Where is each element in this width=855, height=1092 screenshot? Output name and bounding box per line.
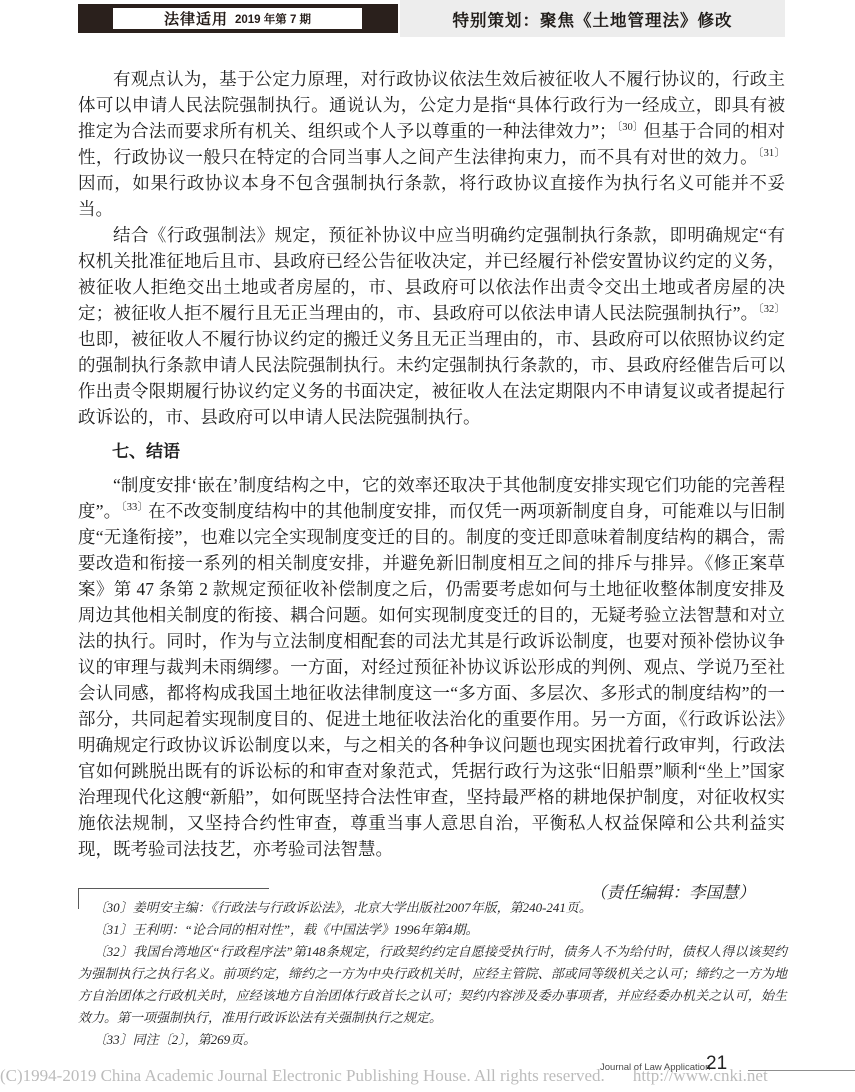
- footnote: 〔30〕姜明安主编：《行政法与行政诉讼法》，北京大学出版社2007年版，第240…: [78, 897, 787, 919]
- footnote: 〔32〕我国台湾地区“行政程序法”第148条规定，行政契约约定自愿接受执行时，债…: [78, 941, 787, 1029]
- footnote: 〔31〕王利明：“论合同的相对性”，载《中国法学》1996年第4期。: [78, 919, 787, 941]
- cnki-url: http://www.cnki.net: [633, 1066, 768, 1085]
- body-paragraph: 结合《行政强制法》规定，预征补协议中应当明确约定强制执行条款，即明确规定“有权机…: [78, 222, 785, 430]
- cnki-watermark: (C)1994-2019 China Academic Journal Elec…: [0, 1066, 855, 1086]
- footnote: 〔33〕同注〔2〕，第269页。: [78, 1029, 787, 1051]
- footnotes-section: 〔30〕姜明安主编：《行政法与行政诉讼法》，北京大学出版社2007年版，第240…: [78, 888, 787, 1051]
- body-paragraph: 有观点认为，基于公定力原理，对行政协议依法生效后被征收人不履行协议的，行政主体可…: [78, 66, 785, 222]
- journal-masthead-box: 法律适用 2019 年第 7 期: [78, 4, 398, 33]
- copyright-text: (C)1994-2019 China Academic Journal Elec…: [0, 1066, 605, 1085]
- article-body: 有观点认为，基于公定力原理，对行政协议依法生效后被征收人不履行协议的，行政主体可…: [78, 66, 785, 906]
- journal-title: 法律适用: [164, 8, 228, 29]
- conclusion-paragraph: “制度安排‘嵌在’制度结构之中，它的效率还取决于其他制度安排实现它们功能的完善程…: [78, 472, 785, 862]
- journal-page: 法律适用 2019 年第 7 期 特别策划：聚焦《土地管理法》修改 有观点认为，…: [0, 0, 855, 1092]
- special-topic-label: 特别策划：聚焦《土地管理法》修改: [453, 7, 733, 31]
- section-heading: 七、结语: [78, 439, 785, 465]
- journal-issue: 2019 年第 7 期: [235, 11, 311, 27]
- special-topic-banner: 特别策划：聚焦《土地管理法》修改: [400, 0, 785, 37]
- journal-masthead-inner: 法律适用 2019 年第 7 期: [113, 8, 362, 29]
